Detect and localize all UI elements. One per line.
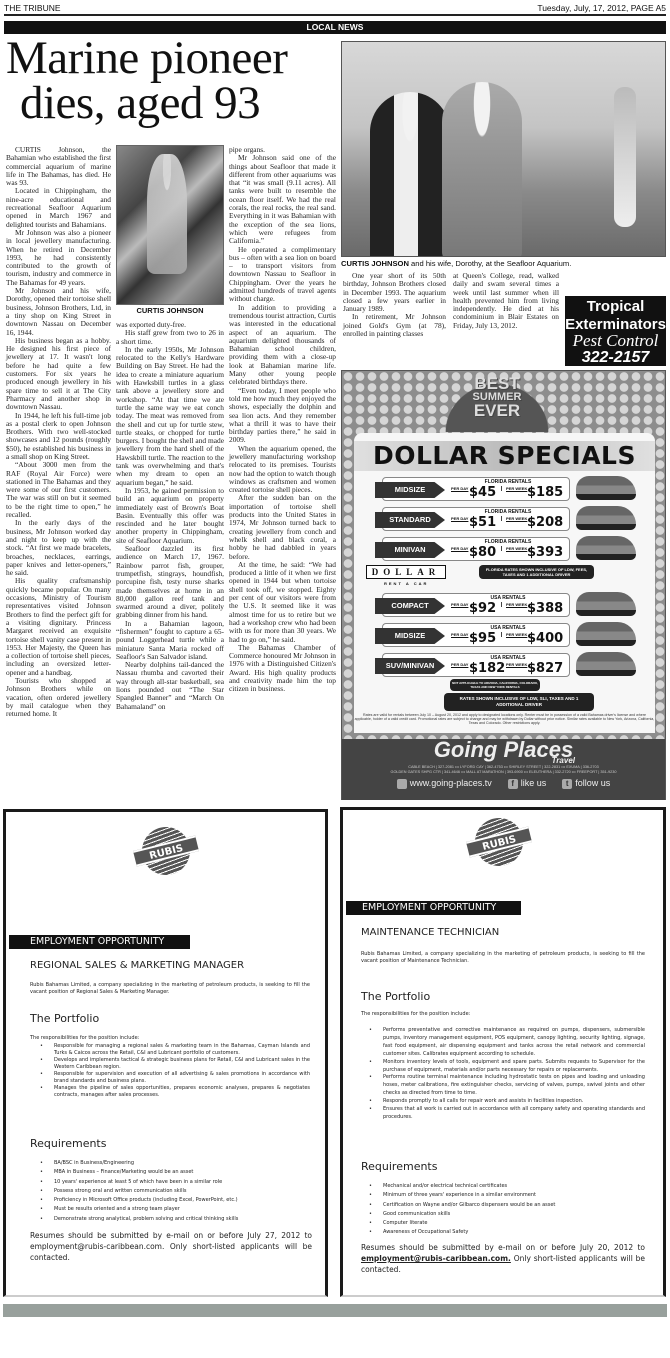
resume-instructions: Resumes should be submitted by e-mail on… xyxy=(30,1230,312,1263)
paragraph: In the early days of the business, Mr Jo… xyxy=(6,519,111,577)
list-item: Computer literate xyxy=(365,1219,645,1228)
paragraph: Mr Johnson said one of the things about … xyxy=(229,154,336,245)
article-column-4: One year short of its 50th birthday, Joh… xyxy=(343,272,446,338)
paragraph: In a Bahamian lagoon, “fishermen” fought… xyxy=(116,620,224,661)
paragraph: Mr Johnson was also a pioneer in local j… xyxy=(6,229,111,287)
article-column-1: CURTIS Johnson, the Bahamian who establi… xyxy=(6,146,111,718)
caption-name: CURTIS JOHNSON xyxy=(341,259,409,268)
headline-line-1: Marine pioneer xyxy=(6,36,336,81)
responsibilities-list: Responsible for managing a regional sale… xyxy=(36,1043,310,1099)
paragraph: In 1953, he gained permission to build a… xyxy=(116,487,224,545)
rate-category: MINIVAN xyxy=(375,542,445,558)
paragraph: When the aquarium opened, the jewellery … xyxy=(229,445,336,495)
requirements-list: Mechanical and/or electrical technical c… xyxy=(365,1182,645,1238)
per-day-value: $45 xyxy=(469,485,496,500)
portfolio-heading: The Portfolio xyxy=(30,1012,99,1025)
per-week-value: $185 xyxy=(527,485,563,500)
paragraph: He operated a complimentary bus – often … xyxy=(229,246,336,304)
list-item: Monitors inventory levels of tools, equi… xyxy=(365,1059,645,1075)
dollar-rent-a-car-ad[interactable]: BEST SUMMER EVER DOLLAR SPECIALS MIDSIZE… xyxy=(341,370,666,800)
website-text: www.going-places.tv xyxy=(410,778,492,788)
per-week-value: $388 xyxy=(527,601,563,616)
ever-text: EVER xyxy=(474,401,520,420)
curtis-johnson-photo xyxy=(116,145,224,305)
list-item: Mechanical and/or electrical technical c… xyxy=(365,1182,645,1191)
per-week-label: PER WEEK xyxy=(501,546,527,551)
paragraph: Nearby dolphins tail-danced the Nassau r… xyxy=(116,661,224,711)
requirements-heading: Requirements xyxy=(30,1137,106,1150)
resume-text: Resumes should be submitted by e-mail on… xyxy=(361,1243,645,1252)
car-image xyxy=(576,652,636,676)
dollar-logo: DOLLAR xyxy=(366,565,446,579)
employment-banner: EMPLOYMENT OPPORTUNITY xyxy=(346,901,521,915)
facebook-icon: f xyxy=(508,779,518,789)
paragraph: CURTIS Johnson, the Bahamian who establi… xyxy=(6,146,111,187)
paragraph: The Bahamas Chamber of Commerce honoured… xyxy=(229,644,336,694)
paragraph: Located in Chippingham, the nine-acre ed… xyxy=(6,187,111,228)
masthead: THE TRIBUNE Tuesday, July, 17, 2012, PAG… xyxy=(4,2,666,16)
footer-bar xyxy=(3,1304,667,1317)
rate-row: MIDSIZE FLORIDA RENTALS PER DAY $45 PER … xyxy=(382,477,570,501)
job-ad-maintenance-technician: RUBIS EMPLOYMENT OPPORTUNITY MAINTENANCE… xyxy=(340,807,666,1297)
paragraph: at Queen's College, read, walked daily a… xyxy=(453,272,559,330)
list-item: Certification on Wayne and/or Gilbarco d… xyxy=(365,1201,645,1210)
paragraph: “About 3000 men from the RAF (Royal Air … xyxy=(6,461,111,519)
per-day-value: $182 xyxy=(469,661,505,676)
car-image xyxy=(576,622,636,646)
per-week-label: PER WEEK xyxy=(501,516,527,521)
list-item: Responds promptly to all calls for repai… xyxy=(365,1098,645,1106)
ad-line: Pest Control xyxy=(565,332,666,349)
car-image xyxy=(576,476,636,500)
dateline: Tuesday, July, 17, 2012, PAGE A5 xyxy=(537,3,666,13)
ad-phone: 322-2157 xyxy=(565,349,666,366)
pest-control-ad[interactable]: Tropical Exterminators Pest Control 322-… xyxy=(565,296,666,366)
requirements-heading: Requirements xyxy=(361,1160,437,1173)
per-day-label: PER DAY xyxy=(451,602,468,607)
responsibilities-intro: The responsibilities for the position in… xyxy=(30,1035,139,1042)
list-item: Performs preventative and corrective mai… xyxy=(365,1027,645,1059)
paragraph: His quality craftsmanship quickly became… xyxy=(6,577,111,677)
ad-line: Tropical xyxy=(565,299,666,314)
rate-row: MIDSIZE USA RENTALS PER DAY $95 PER WEEK… xyxy=(382,623,570,647)
email-link[interactable]: employment@rubis-caribbean.com. xyxy=(361,1254,511,1263)
per-day-label: PER DAY xyxy=(451,632,468,637)
paragraph: Mr Johnson and his wife, Dorothy, opened… xyxy=(6,287,111,337)
rate-row: SUV/MINIVAN USA RENTALS PER DAY $182 PER… xyxy=(382,653,570,677)
per-week-value: $827 xyxy=(527,661,563,676)
caption-text: and his wife, Dorothy, at the Seafloor A… xyxy=(409,259,571,268)
job-intro: Rubis Bahamas Limited, a company special… xyxy=(361,951,645,965)
per-day-label: PER DAY xyxy=(451,516,468,521)
fine-print: Rates are valid for rentals between July… xyxy=(354,713,655,726)
list-item: Demonstrate strong analytical, problem s… xyxy=(36,1215,310,1224)
list-item: Proficiency in Microsoft Office products… xyxy=(36,1196,310,1205)
car-image xyxy=(576,592,636,616)
list-item: Must be results oriented and a strong te… xyxy=(36,1205,310,1214)
rate-category: STANDARD xyxy=(375,512,445,528)
rubis-logo: RUBIS xyxy=(467,816,531,874)
resume-text: Resumes should be submitted by e-mail on… xyxy=(30,1231,312,1240)
suv-note: NOT APPLICABLE TO ARIZONA, CALIFORNIA, C… xyxy=(450,679,540,691)
rate-row: MINIVAN FLORIDA RENTALS PER DAY $80 PER … xyxy=(382,537,570,561)
employment-banner: EMPLOYMENT OPPORTUNITY xyxy=(9,935,190,949)
article-column-3: pipe organs. Mr Johnson said one of the … xyxy=(229,146,336,694)
article-column-5: at Queen's College, read, walked daily a… xyxy=(453,272,559,330)
car-image xyxy=(576,536,636,560)
per-week-label: PER WEEK xyxy=(501,486,527,491)
list-item: Minimum of three years' experience in a … xyxy=(365,1191,645,1200)
job-title: MAINTENANCE TECHNICIAN xyxy=(361,927,499,938)
going-places-footer: Going Places Travel CABLE BEACH | 327-20… xyxy=(342,739,665,800)
portfolio-heading: The Portfolio xyxy=(361,990,430,1003)
paper-name: THE TRIBUNE xyxy=(4,3,61,13)
paragraph: In retirement, Mr Johnson joined Gold's … xyxy=(343,313,446,338)
list-item: Performs routine terminal maintenance in… xyxy=(365,1074,645,1098)
rubis-logo: RUBIS xyxy=(134,825,198,883)
per-week-value: $400 xyxy=(527,631,563,646)
paragraph: “Even today, I meet people who told me h… xyxy=(229,387,336,445)
responsibilities-list: Performs preventative and corrective mai… xyxy=(365,1027,645,1122)
rate-row: STANDARD FLORIDA RENTALS PER DAY $51 PER… xyxy=(382,507,570,531)
article-column-2: was exported duty-free. His staff grew f… xyxy=(116,321,224,711)
list-item: Responsible for managing a regional sale… xyxy=(36,1043,310,1057)
florida-note: FLORIDA RATES SHOWN INCLUSIVE OF LDW, FE… xyxy=(479,565,594,579)
resume-instructions: Resumes should be submitted by e-mail on… xyxy=(361,1242,645,1275)
list-item: Responsible for supervision and executio… xyxy=(36,1071,310,1085)
list-item: Manages the pipeline of sales opportunit… xyxy=(36,1085,310,1099)
facebook-link[interactable]: flike us xyxy=(508,777,547,789)
list-item: Awareness of Occupational Safety xyxy=(365,1228,645,1237)
per-week-label: PER WEEK xyxy=(501,632,527,637)
email-link[interactable]: employment@rubis-caribbean.com. xyxy=(30,1242,164,1251)
couple-photo xyxy=(341,41,666,257)
rate-category: MIDSIZE xyxy=(375,482,445,498)
per-day-label: PER DAY xyxy=(451,662,468,667)
per-day-label: PER DAY xyxy=(451,486,468,491)
job-intro: Rubis Bahamas Limited, a company special… xyxy=(30,982,310,996)
paragraph: His business began as a hobby. He design… xyxy=(6,337,111,412)
paragraph: Seafloor dazzled its first audience on M… xyxy=(116,545,224,620)
paragraph: Tourists who shopped at Johnson Brothers… xyxy=(6,677,111,718)
paragraph: In the early 1950s, Mr Johnson relocated… xyxy=(116,346,224,487)
job-ad-regional-sales: RUBIS EMPLOYMENT OPPORTUNITY REGIONAL SA… xyxy=(3,809,328,1297)
ad-line: Exterminators xyxy=(565,317,666,332)
per-day-value: $95 xyxy=(469,631,496,646)
requirements-list: BA/BSC in Business/Engineering MBA in Bu… xyxy=(36,1159,310,1224)
list-item: MBA in Business – Finance/Marketing woul… xyxy=(36,1168,310,1177)
per-day-value: $51 xyxy=(469,515,496,530)
paragraph: In addition to providing a tremendous to… xyxy=(229,304,336,387)
list-item: Develops and implements tactical & strat… xyxy=(36,1057,310,1071)
per-day-value: $92 xyxy=(469,601,496,616)
rate-category: MIDSIZE xyxy=(375,628,445,644)
per-day-value: $80 xyxy=(469,545,496,560)
list-item: BA/BSC in Business/Engineering xyxy=(36,1159,310,1168)
list-item: Ensures that all work is carried out in … xyxy=(365,1106,645,1122)
job-title: REGIONAL SALES & MARKETING MANAGER xyxy=(30,960,244,971)
twitter-text: follow us xyxy=(575,778,610,788)
paragraph: At the time, he said: “We had produced a… xyxy=(229,561,336,644)
ad-panel: DOLLAR SPECIALS MIDSIZE FLORIDA RENTALS … xyxy=(354,433,655,733)
facebook-text: like us xyxy=(521,778,547,788)
per-week-value: $208 xyxy=(527,515,563,530)
couple-photo-caption: CURTIS JOHNSON and his wife, Dorothy, at… xyxy=(341,259,666,268)
photo-caption: CURTIS JOHNSON xyxy=(116,306,224,315)
twitter-icon: t xyxy=(562,779,572,789)
list-item: Good communication skills xyxy=(365,1210,645,1219)
article-headline: Marine pioneer dies, aged 93 xyxy=(6,36,336,126)
paragraph: His staff grew from two to 26 in a short… xyxy=(116,329,224,346)
responsibilities-intro: The responsibilities for the position in… xyxy=(361,1011,470,1018)
headline-line-2: dies, aged 93 xyxy=(6,81,336,126)
rate-category: SUV/MINIVAN xyxy=(375,658,445,674)
car-image xyxy=(576,506,636,530)
usa-note: RATES SHOWN INCLUSIVE OF LDW, SLI, TAXES… xyxy=(444,693,594,711)
ad-title: DOLLAR SPECIALS xyxy=(354,441,655,471)
locations-line: GOLDEN GATES SHPG CTR | 341-4646 ••• MAL… xyxy=(342,770,665,775)
paragraph: One year short of its 50th birthday, Joh… xyxy=(343,272,446,313)
dollar-logo-sub: RENT A CAR xyxy=(384,581,428,586)
paragraph: In 1944, he left his full-time job as a … xyxy=(6,412,111,462)
list-item: Possess strong oral and written communic… xyxy=(36,1187,310,1196)
rate-row: COMPACT USA RENTALS PER DAY $92 PER WEEK… xyxy=(382,593,570,617)
social-links: www.going-places.tv flike us tfollow us xyxy=(342,777,665,789)
per-week-value: $393 xyxy=(527,545,563,560)
per-week-label: PER WEEK xyxy=(501,662,527,667)
list-item: 10 years' experience at least 5 of which… xyxy=(36,1178,310,1187)
rate-category: COMPACT xyxy=(375,598,445,614)
website-link[interactable]: www.going-places.tv xyxy=(397,777,492,789)
mouse-icon xyxy=(397,779,407,789)
twitter-link[interactable]: tfollow us xyxy=(562,777,610,789)
per-day-label: PER DAY xyxy=(451,546,468,551)
paragraph: After the sudden ban on the importation … xyxy=(229,494,336,560)
best-summer-ever-logo: BEST SUMMER EVER xyxy=(437,376,557,432)
per-week-label: PER WEEK xyxy=(501,602,527,607)
